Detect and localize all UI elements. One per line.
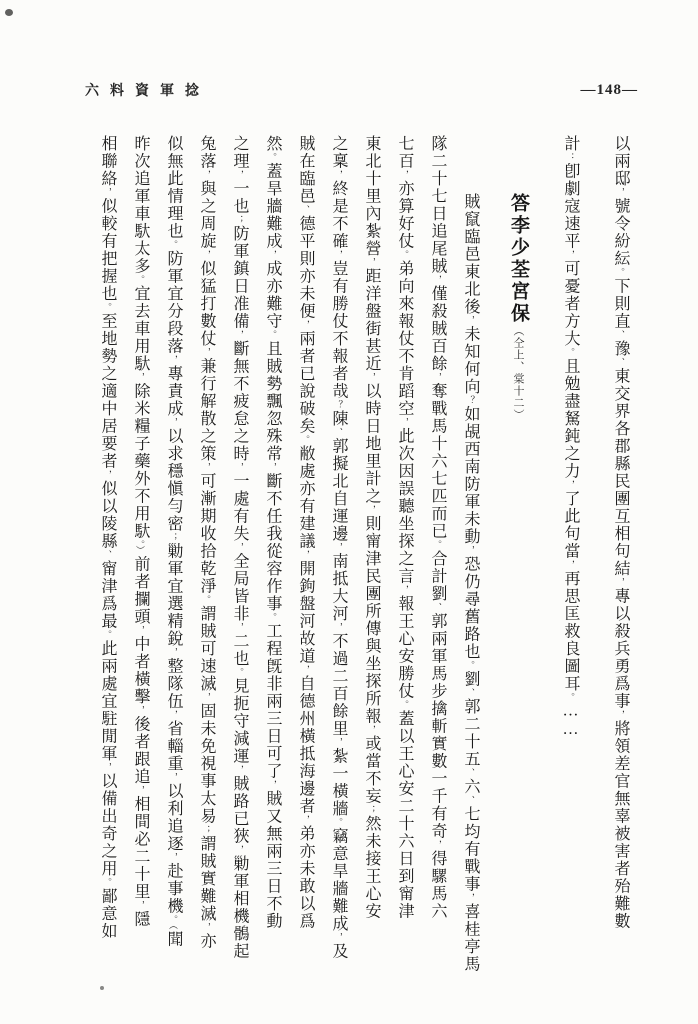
text-column-7: 然。蓋旱牆難成，成亦難守。且賊勢飄忽殊常，斷不任我從容作事。工程旣非兩三日可了，… <box>262 135 282 1015</box>
scan-speck <box>5 9 13 16</box>
text-column-prev-2: 計：卽劇寇速平，可憂者方大。且勉盡駑鈍之力，了此句當，再思匡救良圖耳。…… <box>560 135 580 1015</box>
text-column-4: 東北十里內紮營，距洋盤街甚近，以時日地里計之，則甯津民團所傳與坐探所報，或當不妄… <box>361 135 381 1015</box>
scanned-book-page: 六料資軍捻 —148— 以兩邸，號令紛紜。下則直、豫、東交界各郡縣民團互相句結，… <box>0 0 698 1024</box>
text-column-11: 昨次追軍車馱太多。宜去車用馱，除米糧子藥外不用馱。）前者攔頭，中者橫擊，後者跟追… <box>130 135 150 1015</box>
text-column-10: 似無此情理也。防軍宜分段落，專責成，以求穩愼勻密；勦軍宜選精銳，整隊伍，省輜重，… <box>163 135 183 1015</box>
text-column-6: 賊在臨邑、德平則亦未便，兩者已說破矣。敝處亦有建議，開鉤盤河故道，自德州橫抵海邊… <box>295 135 315 1015</box>
book-title: 六料資軍捻 <box>85 80 210 100</box>
text-column-prev-1: 以兩邸，號令紛紜。下則直、豫、東交界各郡縣民團互相句結，專以殺兵勇爲事，將領差官… <box>610 135 630 1015</box>
text-column-9: 兔落，與之周旋，似猛打數仗，兼行解散之策，可漸期收拾乾淨。謂賊可速滅，固未免視事… <box>196 135 216 1015</box>
letter-title-column: 答李少荃宮保（仝上、棠十二） <box>506 135 530 1015</box>
page-number: —148— <box>581 82 639 99</box>
letter-title: 答李少荃宮保 <box>508 193 529 325</box>
text-column-3: 七百，亦算好仗。弟向來報仗不肯蹈空，此次因誤聽坐探之言，報王心安勝仗。蓋以王心安… <box>394 135 414 1015</box>
letter-text-area: 以兩邸，號令紛紜。下則直、豫、東交界各郡縣民團互相句結，專以殺兵勇爲事，將領差官… <box>70 135 630 1015</box>
text-column-5: 之稟，終是不確，豈有勝仗不報者哉？陳、郭擬北自運邊，南抵大河，不過二百餘里，紮一… <box>328 135 348 1015</box>
letter-source-note: （仝上、棠十二） <box>512 325 524 421</box>
page-header: 六料資軍捻 —148— <box>85 80 638 100</box>
text-column-2: 隊二十七日追尾賊，僅殺賊百餘，奪戰馬十六七匹而已。合計劉、郭兩軍馬步擒斬實數一千… <box>427 135 447 1015</box>
text-column-12: 相聯絡，似較有把握也。至地勢之適中居要者，似以陵縣、甯津爲最。此兩處宜駐閒軍，以… <box>97 135 117 1015</box>
text-column-1: 賊竄臨邑東北後，未知何向？如覘西南防軍未動，恐仍尋舊路也。劉、郭二十五、六、七均… <box>460 135 480 1015</box>
text-column-8: 之理，一也；防軍鎮日准備，斷無不疲怠之時，一處有失，全局皆非，二也。見扼守減運，… <box>229 135 249 1015</box>
